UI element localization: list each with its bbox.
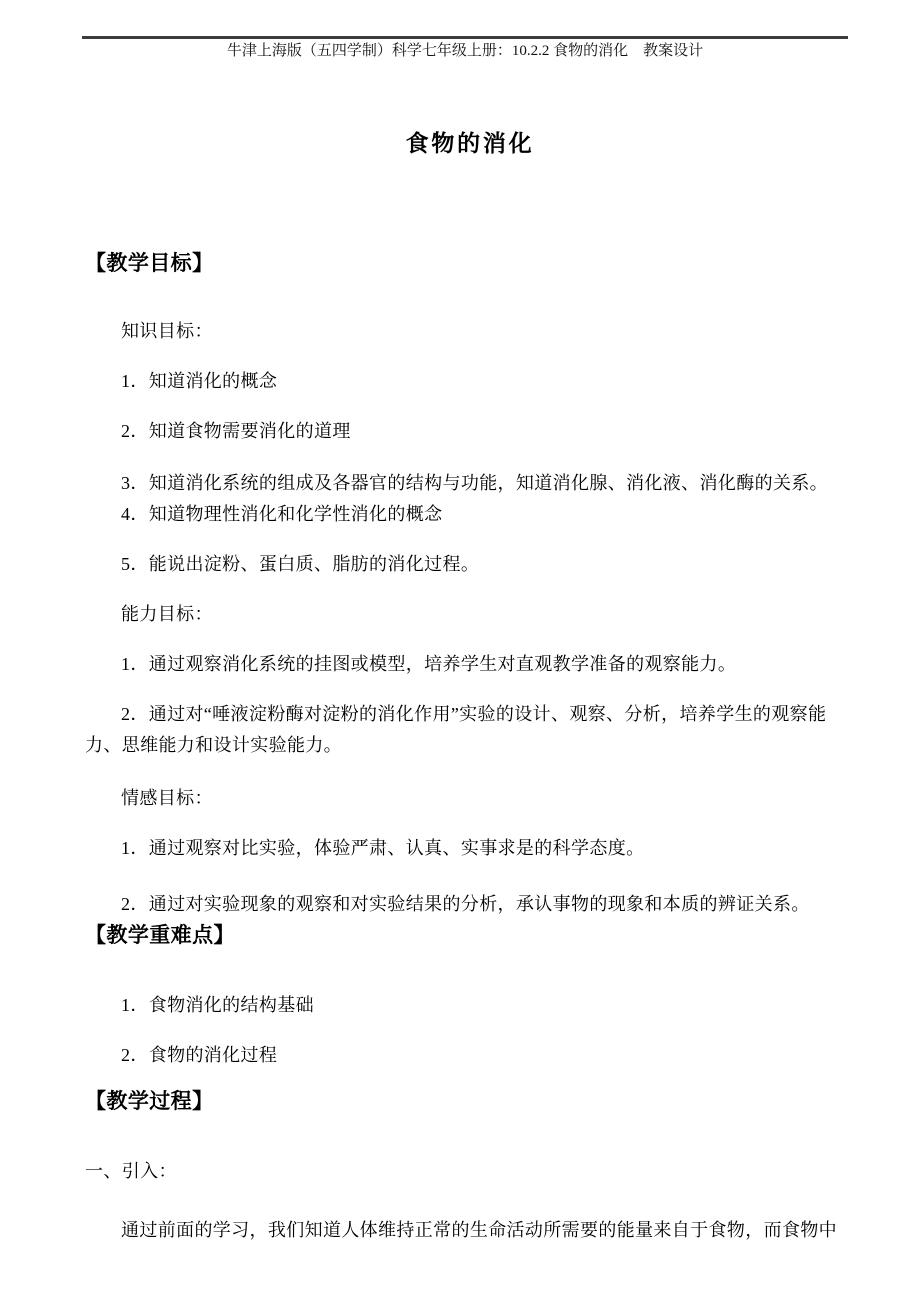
para-knowledge-goals-label: 知识目标： (85, 316, 855, 347)
para-knowledge-item-4: 4．知道物理性消化和化学性消化的概念 (85, 499, 855, 530)
para-keypoint-item-1: 1．食物消化的结构基础 (85, 990, 855, 1021)
para-ability-item-2: 2．通过对“唾液淀粉酶对淀粉的消化作用”实验的设计、观察、分析，培养学生的观察能… (85, 699, 855, 761)
para-knowledge-item-1: 1．知道消化的概念 (85, 366, 855, 397)
heading-teaching-objectives: 【教学目标】 (85, 248, 855, 278)
para-keypoint-item-2: 2．食物的消化过程 (85, 1040, 855, 1071)
para-intro-body: 通过前面的学习，我们知道人体维持正常的生命活动所需要的能量来自于食物，而食物中 (85, 1215, 855, 1246)
document-page: 牛津上海版（五四学制）科学七年级上册：10.2.2 食物的消化 教案设计 食物的… (0, 0, 920, 1302)
para-knowledge-item-5: 5．能说出淀粉、蛋白质、脂肪的消化过程。 (85, 549, 855, 580)
heading-key-difficult-points: 【教学重难点】 (85, 920, 855, 950)
para-emotion-goals-label: 情感目标： (85, 783, 855, 814)
para-knowledge-item-2: 2．知道食物需要消化的道理 (85, 416, 855, 447)
heading-teaching-process: 【教学过程】 (85, 1086, 855, 1116)
para-emotion-item-1: 1．通过观察对比实验，体验严肃、认真、实事求是的科学态度。 (85, 833, 855, 864)
para-intro-label: 一、引入： (85, 1156, 855, 1187)
para-knowledge-item-3: 3．知道消化系统的组成及各器官的结构与功能，知道消化腺、消化液、消化酶的关系。 (85, 468, 855, 499)
document-body: 食物的消化 【教学目标】 知识目标： 1．知道消化的概念 2．知道食物需要消化的… (85, 0, 855, 1246)
para-emotion-item-2: 2．通过对实验现象的观察和对实验结果的分析，承认事物的现象和本质的辨证关系。 (85, 889, 855, 920)
para-ability-item-1: 1．通过观察消化系统的挂图或模型，培养学生对直观教学准备的观察能力。 (85, 649, 855, 680)
para-ability-goals-label: 能力目标： (85, 599, 855, 630)
document-title: 食物的消化 (85, 128, 855, 160)
